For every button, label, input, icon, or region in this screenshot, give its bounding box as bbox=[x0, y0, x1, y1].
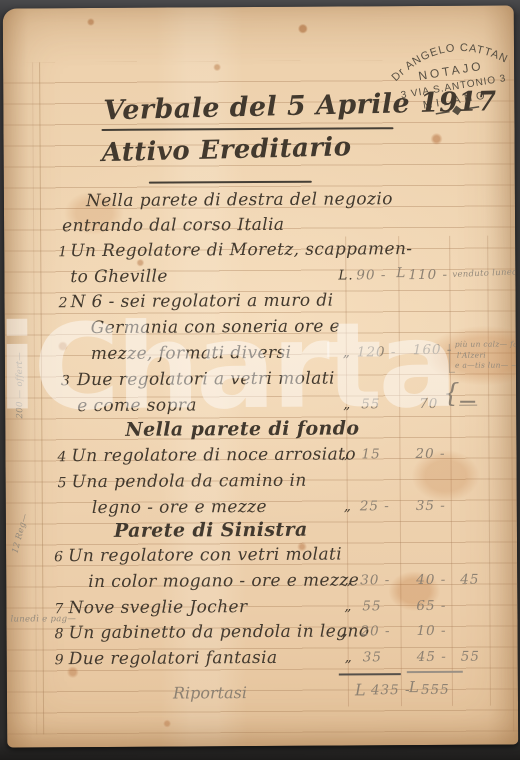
item-number: 1 bbox=[58, 244, 67, 260]
total-value-1: 435 - bbox=[371, 682, 411, 698]
margin-note: più un calz— fa— bbox=[455, 339, 518, 348]
item-text: mezze, formati diversi bbox=[91, 343, 292, 364]
item-number: 8 bbox=[55, 626, 64, 642]
item-text: in color mogano - ore e mezze bbox=[88, 570, 359, 592]
total-rule-2 bbox=[407, 671, 463, 673]
subtitle-underline bbox=[149, 181, 312, 184]
title-underline bbox=[101, 127, 393, 131]
value-col2: 35 - bbox=[416, 498, 446, 514]
item-number: 5 bbox=[58, 475, 67, 491]
margin-note-vertical: 200 — offert— bbox=[15, 328, 26, 418]
section-heading: Nella parete di fondo bbox=[125, 417, 359, 440]
intro-line: Nella parete di destra del negozio bbox=[86, 189, 393, 211]
ditto-mark: „ bbox=[344, 598, 352, 614]
item-number: 6 bbox=[54, 549, 63, 565]
ditto-mark: „ bbox=[345, 649, 353, 665]
value-col2: 160 - bbox=[413, 342, 453, 358]
ditto-mark: „ bbox=[344, 572, 352, 588]
manuscript-page: Dr ANGELO CATTANEO NOTAJO 3 VIA S.ANTONI… bbox=[3, 5, 519, 747]
item-number: 9 bbox=[55, 652, 64, 668]
section-heading: Parete di Sinistra bbox=[114, 519, 308, 542]
value-col1: 90 - bbox=[356, 267, 386, 283]
brace-mark: { bbox=[443, 379, 460, 409]
item-number: 3 bbox=[61, 373, 70, 389]
margin-note: venduto lunedì bbox=[452, 267, 518, 280]
value-col1: 55 bbox=[361, 396, 380, 412]
value-col1: 20 - bbox=[361, 623, 391, 639]
value-col1: 25 - bbox=[360, 498, 390, 514]
value-col1: 15 bbox=[361, 446, 380, 462]
margin-line bbox=[39, 62, 44, 734]
item-text: to Gheville bbox=[70, 267, 168, 288]
item-text: N 6 - sei regolatori a muro di bbox=[70, 291, 333, 313]
value-col3: 45 bbox=[460, 572, 479, 588]
item-number: 4 bbox=[57, 449, 66, 465]
page-title: Verbale del 5 Aprile 1917 bbox=[103, 86, 497, 126]
ditto-mark: „ bbox=[343, 396, 351, 412]
column-line-4 bbox=[487, 236, 491, 706]
item-text: e come sopra bbox=[77, 395, 197, 416]
item-number: 2 bbox=[58, 295, 67, 311]
item-text: Una pendola da camino in bbox=[72, 471, 307, 492]
value-col3: 55 bbox=[461, 649, 480, 665]
note-bracket bbox=[449, 344, 455, 373]
item-text: Un regolatore con vetri molati bbox=[68, 545, 342, 567]
value-col2: 70 bbox=[419, 396, 438, 412]
dash-mark bbox=[460, 401, 475, 403]
lira-mark: L bbox=[396, 265, 406, 281]
value-col2: 65 - bbox=[416, 598, 446, 614]
lira-mark: L bbox=[355, 680, 367, 699]
margin-note: l'Alzeri bbox=[457, 351, 486, 360]
value-col1: 55 bbox=[362, 598, 381, 614]
item-text: Due regolatori a vetri molati bbox=[77, 369, 335, 391]
intro-line: entrando dal corso Italia bbox=[62, 215, 284, 236]
value-col2: 10 - bbox=[417, 623, 447, 639]
ditto-mark: „ bbox=[344, 498, 352, 514]
document-photo: { "photo": { "watermark": "iCharta" }, "… bbox=[0, 0, 520, 760]
value-col2: 110 - bbox=[408, 267, 448, 283]
item-text: Germania con soneria ore e bbox=[91, 317, 341, 339]
value-col1: 35 bbox=[363, 649, 382, 665]
value-col1: 120 - bbox=[357, 344, 397, 360]
item-text: legno - ore e mezze bbox=[92, 497, 267, 518]
value-col2: 20 - bbox=[415, 446, 445, 462]
item-text: Un gabinetto da pendola in legno bbox=[69, 621, 370, 643]
item-text: Due regolatori fantasia bbox=[69, 648, 278, 669]
margin-note-bottom: lunedì e pag— bbox=[10, 614, 76, 624]
ditto-mark: „ bbox=[341, 623, 349, 639]
lira-mark: L bbox=[409, 678, 420, 696]
item-text: Un regolatore di noce arrosiato bbox=[71, 444, 356, 466]
margin-line-2 bbox=[32, 62, 37, 734]
total-rule-1 bbox=[339, 673, 401, 675]
page-subtitle: Attivo Ereditario bbox=[101, 132, 351, 168]
value-col2: 40 - bbox=[416, 572, 446, 588]
ditto-mark: „ bbox=[343, 344, 351, 360]
currency-mark: L. bbox=[338, 267, 353, 283]
item-text: Un Regolatore di Moretz, scappamen- bbox=[70, 239, 412, 261]
value-col1: 30 - bbox=[360, 572, 390, 588]
total-value-2: 555 bbox=[421, 682, 450, 698]
column-line-3 bbox=[449, 236, 453, 706]
totals-label: Riportasi bbox=[173, 683, 247, 702]
margin-note-vertical: 12 Reg— bbox=[10, 512, 30, 554]
margin-note: e a—tis lun— — bbox=[455, 360, 518, 369]
column-line-2 bbox=[398, 236, 402, 706]
edge-line bbox=[509, 59, 514, 731]
dash-underline bbox=[459, 405, 477, 406]
value-col2: 45 - bbox=[417, 649, 447, 665]
ditto-mark: „ bbox=[341, 446, 349, 462]
item-text: Nove sveglie Jocher bbox=[68, 597, 247, 618]
